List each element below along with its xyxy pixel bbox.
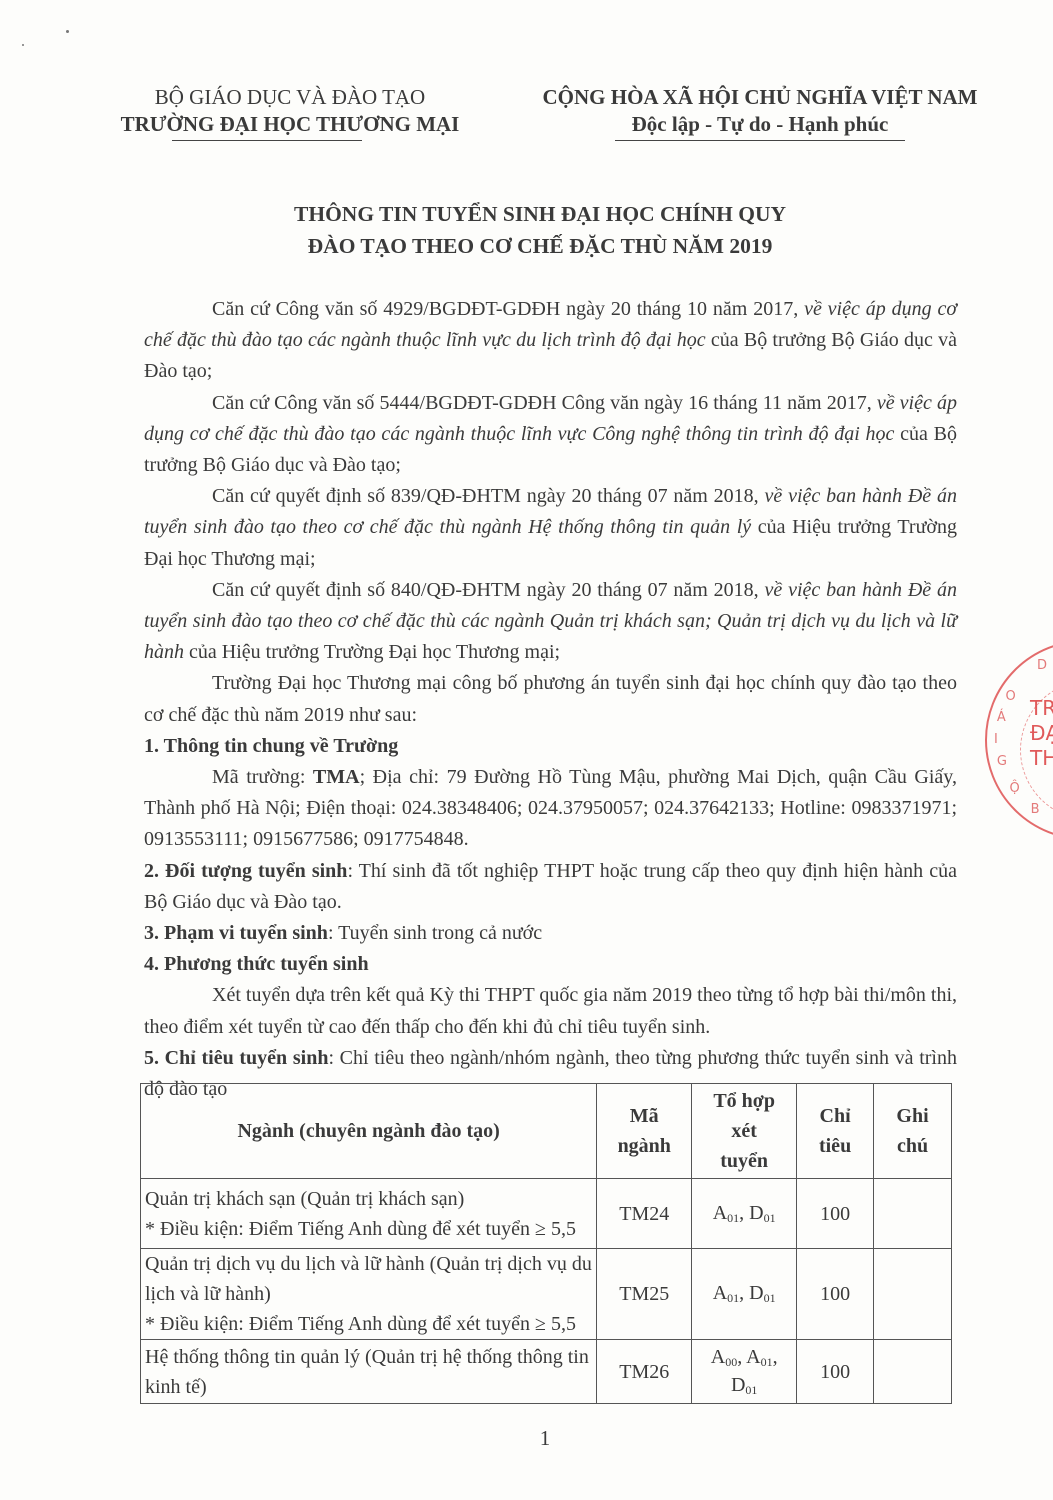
table-row: Hệ thống thông tin quản lý (Quản trị hệ … — [141, 1340, 952, 1404]
cell-code: TM25 — [597, 1249, 692, 1340]
scan-speck — [22, 44, 24, 46]
cell-note — [874, 1249, 952, 1340]
header-quota: Chỉtiêu — [797, 1084, 874, 1179]
university-name: TRƯỜNG ĐẠI HỌC THƯƠNG MẠI — [110, 111, 470, 138]
cell-major: Quản trị khách sạn (Quản trị khách sạn)*… — [141, 1179, 597, 1249]
document-title: THÔNG TIN TUYỂN SINH ĐẠI HỌC CHÍNH QUY Đ… — [100, 198, 980, 262]
preamble-paragraph: Căn cứ Công văn số 4929/BGDĐT-GDĐH ngày … — [144, 294, 957, 388]
scan-speck — [66, 30, 69, 33]
section-4-heading: 4. Phương thức tuyển sinh — [144, 949, 957, 980]
cell-major: Hệ thống thông tin quản lý (Quản trị hệ … — [141, 1340, 597, 1404]
section-1-text: Mã trường: TMA; Địa chỉ: 79 Đường Hồ Tùn… — [144, 762, 957, 856]
stamp-center-text: TR ĐẠ THU — [1030, 696, 1053, 771]
motto: Độc lập - Tự do - Hạnh phúc — [505, 111, 1015, 138]
cell-combination: A01, D01 — [692, 1249, 797, 1340]
header-note: Ghichú — [874, 1084, 952, 1179]
header-combination: Tổ hợpxéttuyển — [692, 1084, 797, 1179]
section-2: 2. Đối tượng tuyển sinh: Thí sinh đã tốt… — [144, 856, 957, 918]
cell-combination: A01, D01 — [692, 1179, 797, 1249]
ministry-header: BỘ GIÁO DỤC VÀ ĐÀO TẠO TRƯỜNG ĐẠI HỌC TH… — [110, 84, 470, 138]
section-1-heading: 1. Thông tin chung về Trường — [144, 731, 957, 762]
header-major: Ngành (chuyên ngành đào tạo) — [141, 1084, 597, 1179]
cell-note — [874, 1340, 952, 1404]
header-underline-right — [615, 140, 905, 141]
enrollment-quota-table: Ngành (chuyên ngành đào tạo) Mãngành Tổ … — [140, 1083, 952, 1404]
title-line-1: THÔNG TIN TUYỂN SINH ĐẠI HỌC CHÍNH QUY — [100, 198, 980, 230]
cell-quota: 100 — [797, 1340, 874, 1404]
cell-quota: 100 — [797, 1179, 874, 1249]
table-header-row: Ngành (chuyên ngành đào tạo) Mãngành Tổ … — [141, 1084, 952, 1179]
section-3: 3. Phạm vi tuyển sinh: Tuyển sinh trong … — [144, 918, 957, 949]
preamble-paragraph: Trường Đại học Thương mại công bố phương… — [144, 668, 957, 730]
preamble-paragraph: Căn cứ Công văn số 5444/BGDĐT-GDĐH Công … — [144, 388, 957, 482]
cell-note — [874, 1179, 952, 1249]
preamble-paragraph: Căn cứ quyết định số 839/QĐ-ĐHTM ngày 20… — [144, 481, 957, 575]
section-4-text: Xét tuyển dựa trên kết quả Kỳ thi THPT q… — [144, 980, 957, 1042]
cell-quota: 100 — [797, 1249, 874, 1340]
table-row: Quản trị khách sạn (Quản trị khách sạn)*… — [141, 1179, 952, 1249]
country-name: CỘNG HÒA XÃ HỘI CHỦ NGHĨA VIỆT NAM — [505, 84, 1015, 111]
header-code: Mãngành — [597, 1084, 692, 1179]
cell-combination: A00, A01, D01 — [692, 1340, 797, 1404]
header-underline-left — [172, 140, 362, 141]
cell-major: Quản trị dịch vụ du lịch và lữ hành (Quả… — [141, 1249, 597, 1340]
ministry-name: BỘ GIÁO DỤC VÀ ĐÀO TẠO — [110, 84, 470, 111]
document-body: Căn cứ Công văn số 4929/BGDĐT-GDĐH ngày … — [144, 294, 957, 1105]
table-row: Quản trị dịch vụ du lịch và lữ hành (Quả… — [141, 1249, 952, 1340]
title-line-2: ĐÀO TẠO THEO CƠ CHẾ ĐẶC THÙ NĂM 2019 — [100, 230, 980, 262]
cell-code: TM26 — [597, 1340, 692, 1404]
cell-code: TM24 — [597, 1179, 692, 1249]
page-number: 1 — [0, 1426, 1053, 1451]
preamble-paragraph: Căn cứ quyết định số 840/QĐ-ĐHTM ngày 20… — [144, 575, 957, 669]
national-header: CỘNG HÒA XÃ HỘI CHỦ NGHĨA VIỆT NAM Độc l… — [505, 84, 1015, 138]
